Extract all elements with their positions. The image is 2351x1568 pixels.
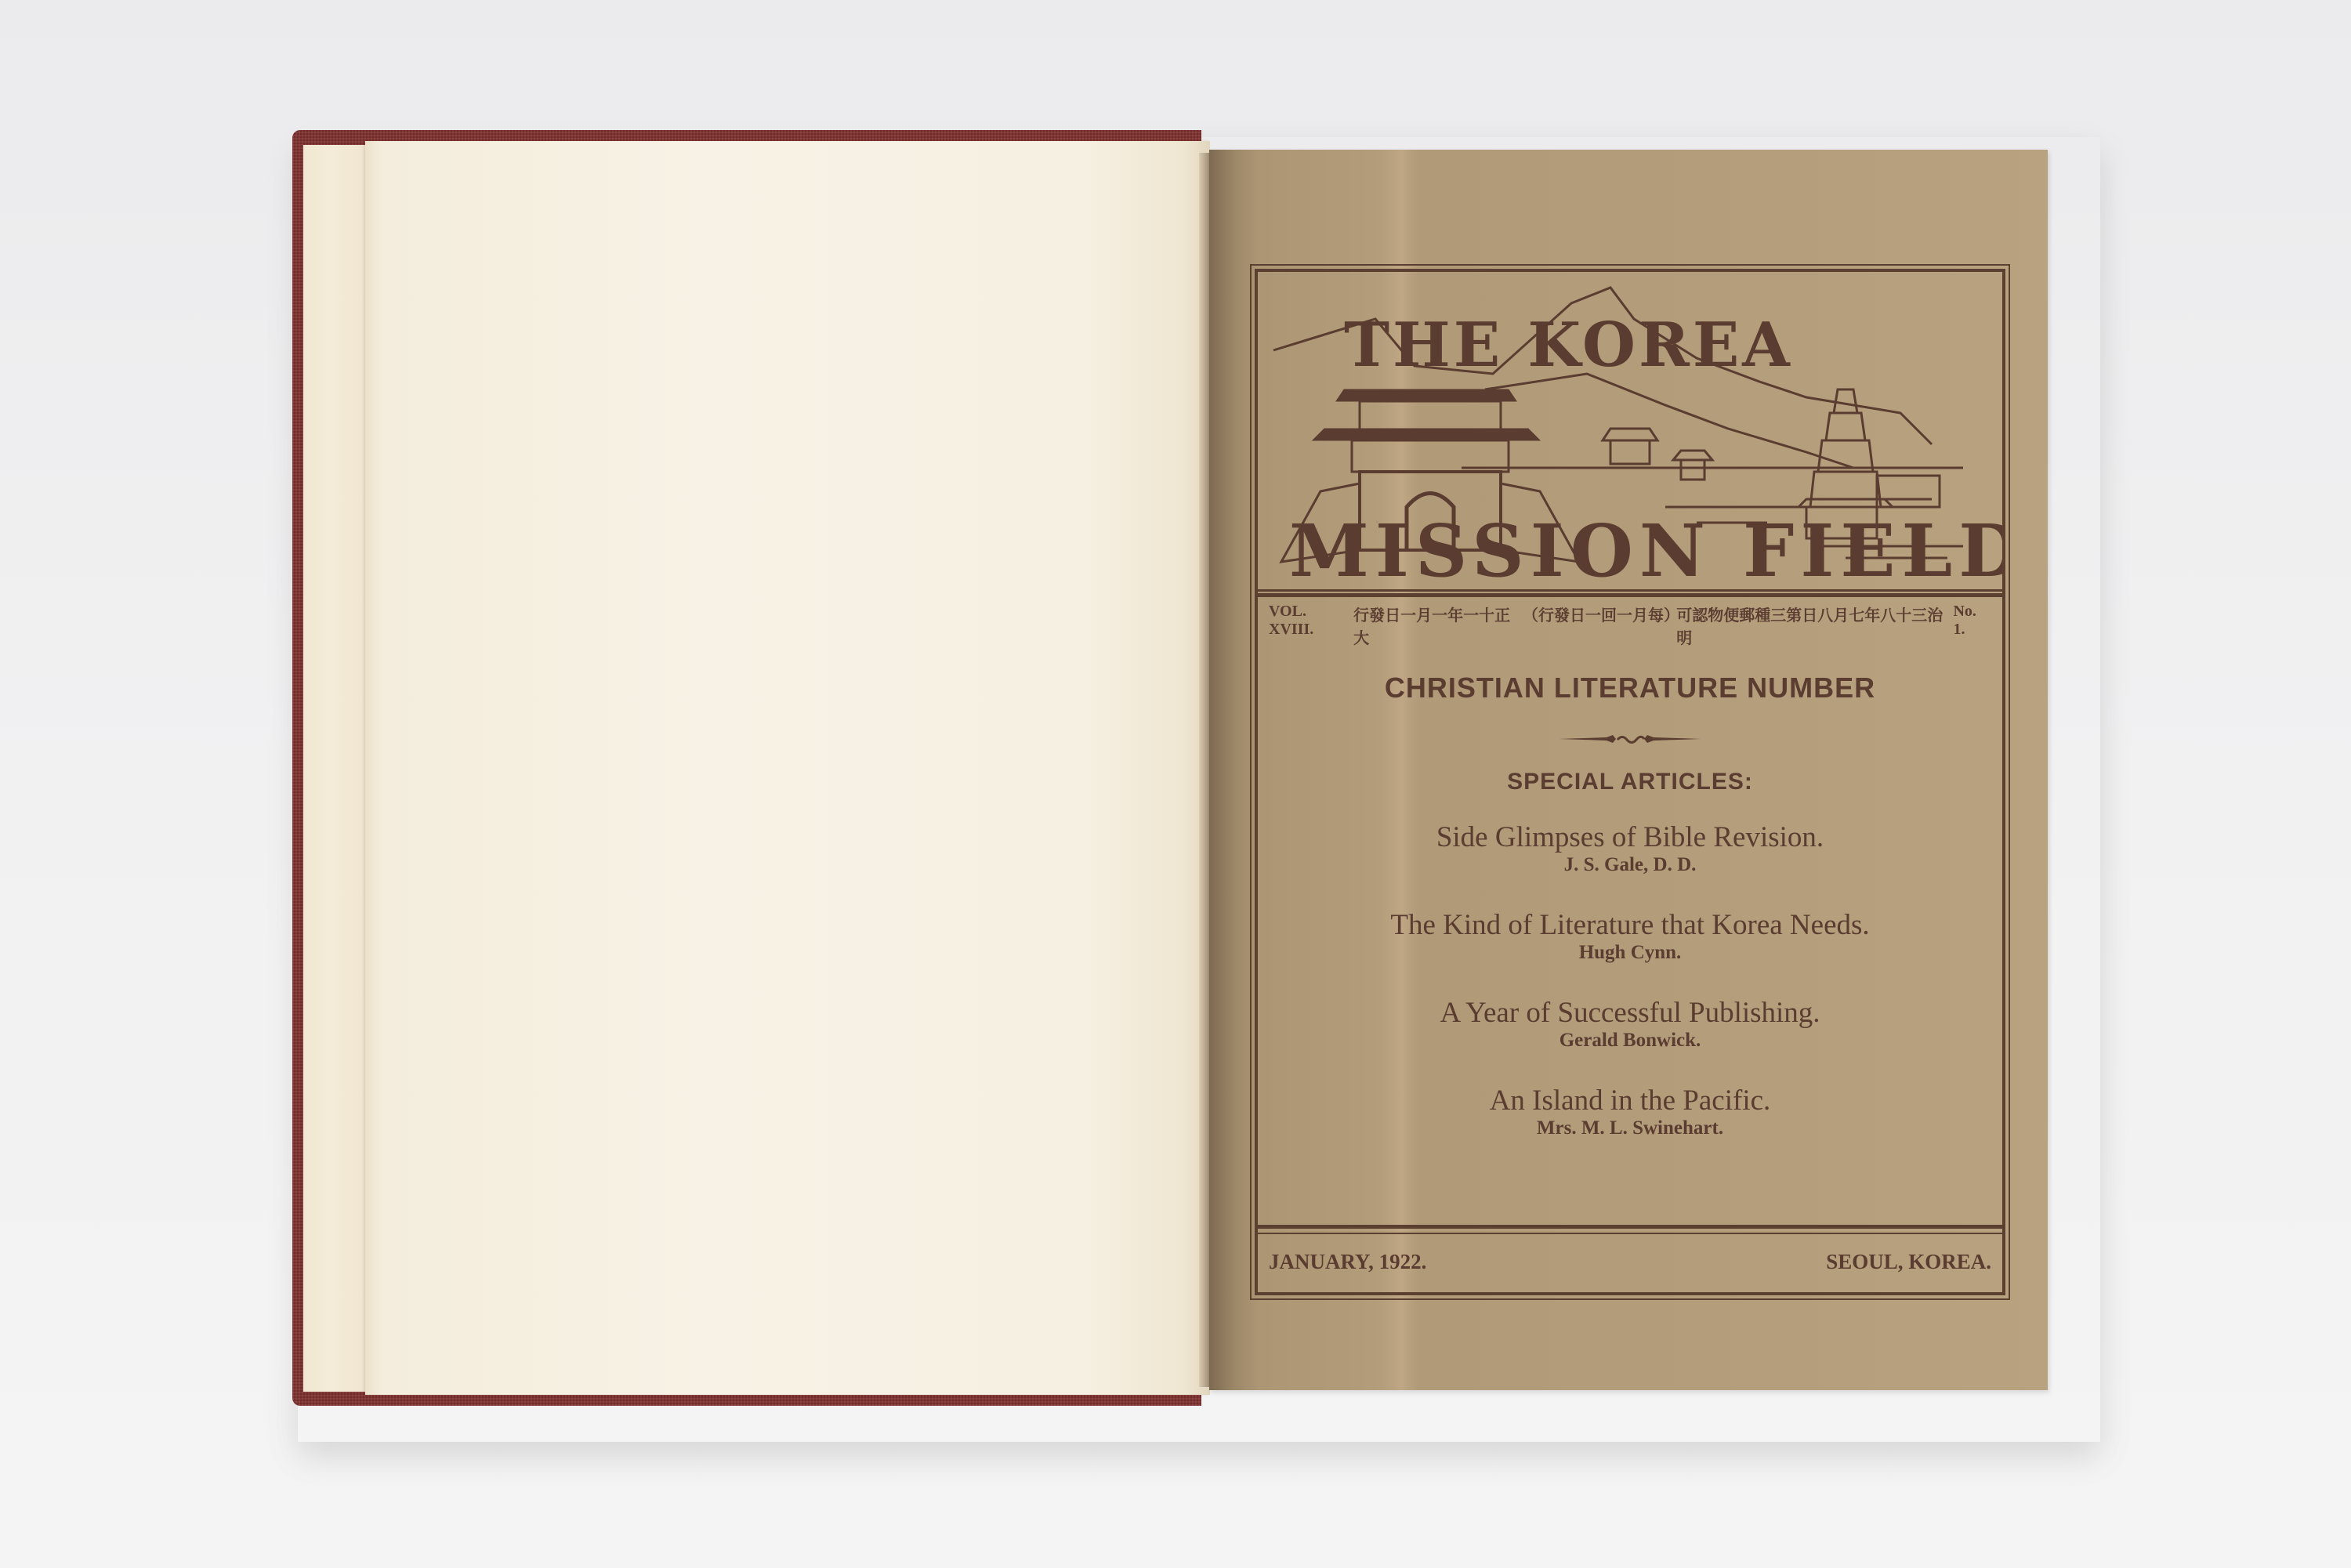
article-author: Gerald Bonwick.: [1258, 1030, 2002, 1052]
issue-number: No. 1.: [1953, 603, 1991, 648]
japanese-postal-registration: 可認物便郵種三第日八月七年八十三治明: [1676, 603, 1953, 648]
article-3: A Year of Successful Publishing. Gerald …: [1258, 996, 2002, 1052]
japanese-issue-frequency: （行發日一回一月每）: [1523, 603, 1676, 648]
svg-text:MISSION FIELD: MISSION FIELD: [1289, 509, 2002, 589]
article-1: Side Glimpses of Bible Revision. J. S. G…: [1258, 820, 2002, 876]
article-title: A Year of Successful Publishing.: [1258, 996, 2002, 1030]
special-articles-heading: SPECIAL ARTICLES:: [1258, 769, 2002, 795]
cover-footer: JANUARY, 1922. SEOUL, KOREA.: [1258, 1250, 2002, 1274]
magazine-cover: THE KOREA MISSION FIELD VOL. XVIII. 行發日一…: [1209, 150, 2048, 1390]
blank-flyleaf-page: [365, 141, 1210, 1395]
issue-title: CHRISTIAN LITERATURE NUMBER: [1258, 672, 2002, 704]
masthead: THE KOREA MISSION FIELD: [1258, 272, 2002, 592]
footer-rule-thin: [1258, 1233, 2002, 1234]
volume-line: VOL. XVIII. 行發日一月一年一十正大 （行發日一回一月每） 可認物便郵…: [1258, 603, 2002, 648]
article-title: An Island in the Pacific.: [1258, 1084, 2002, 1117]
masthead-double-rule: [1258, 593, 2002, 597]
issue-date: JANUARY, 1922.: [1269, 1250, 1426, 1274]
volume-number: VOL. XVIII.: [1269, 603, 1353, 648]
article-author: Hugh Cynn.: [1258, 942, 2002, 964]
article-4: An Island in the Pacific. Mrs. M. L. Swi…: [1258, 1084, 2002, 1139]
svg-text:THE KOREA: THE KOREA: [1344, 310, 1793, 381]
korean-gate-landscape-illustration: THE KOREA MISSION FIELD: [1258, 272, 2002, 589]
cover-frame: THE KOREA MISSION FIELD VOL. XVIII. 行發日一…: [1255, 269, 2005, 1295]
article-author: Mrs. M. L. Swinehart.: [1258, 1117, 2002, 1139]
japanese-publication-date: 行發日一月一年一十正大: [1353, 603, 1523, 648]
article-2: The Kind of Literature that Korea Needs.…: [1258, 908, 2002, 964]
publication-place: SEOUL, KOREA.: [1826, 1250, 1991, 1274]
article-author: J. S. Gale, D. D.: [1258, 854, 2002, 876]
article-title: The Kind of Literature that Korea Needs.: [1258, 908, 2002, 942]
ornamental-divider-icon: [1258, 733, 2002, 749]
footer-rule: [1258, 1225, 2002, 1229]
article-title: Side Glimpses of Bible Revision.: [1258, 820, 2002, 854]
